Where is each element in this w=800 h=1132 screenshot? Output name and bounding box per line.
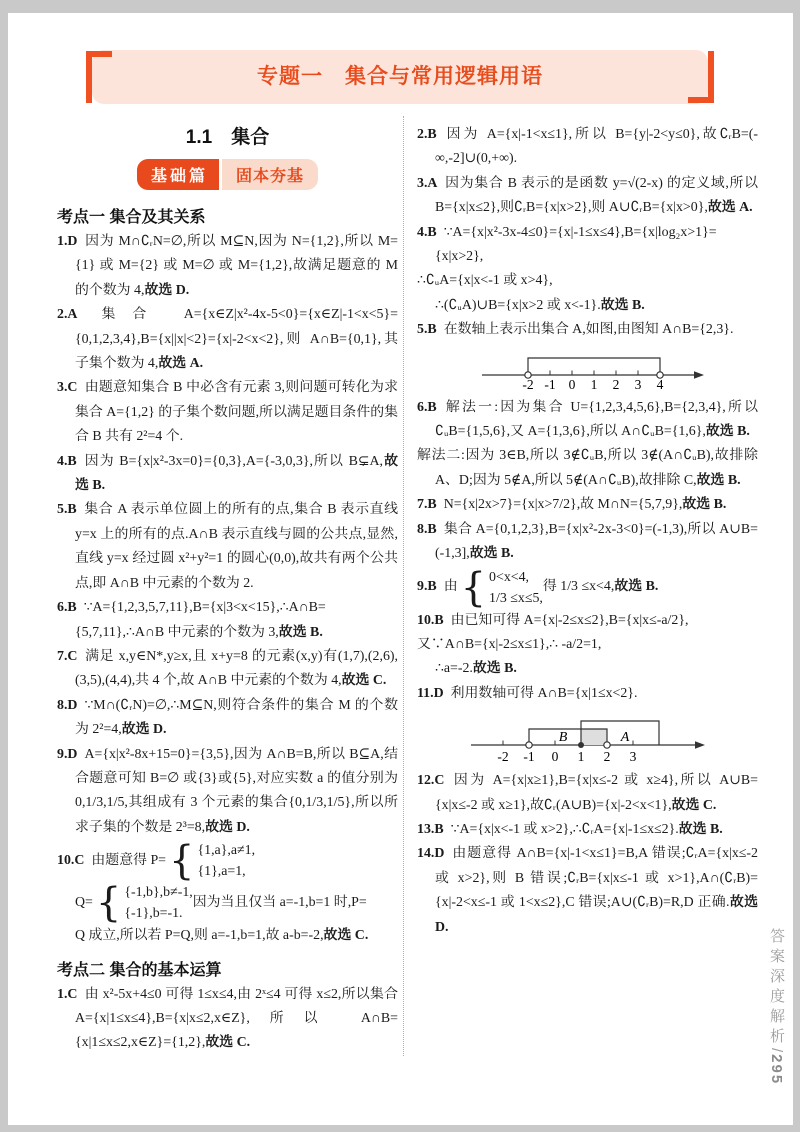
answer-item-r2: 2.B因为 A={x|-1<x≤1},所以 B={y|-2<y≤0},故∁ᵣB=…: [417, 123, 758, 172]
case-row: {-1},b=-1.: [124, 903, 192, 924]
cases-intro: 由: [444, 575, 458, 599]
answer-number: 9.D: [57, 747, 77, 762]
answer-choice: 故选 B.: [697, 473, 741, 488]
answer-number: 10.B: [417, 613, 444, 628]
answer-text: 由题意知集合 B 中必含有元素 3,则问题可转化为求集合 A={1,2} 的子集…: [75, 380, 398, 444]
answer-line: ∴(∁ᵤA)∪B={x|x>2 或 x<-1}.: [435, 298, 601, 313]
answer-number: 7.C: [57, 649, 77, 664]
answer-text: ∵A={x|x²-3x-4≤0}={x|-1≤x≤4},B={x|log₂x>1…: [435, 225, 717, 264]
left-brace-glyph: {: [96, 886, 121, 920]
answer-number: 6.B: [417, 400, 437, 415]
numberline-2-svg: B A -2 -1 0 1 2 3: [463, 709, 713, 765]
answer-line: ∴∁ᵤA={x|x<-1 或 x>4},: [435, 269, 758, 293]
answer-text: 在数轴上表示出集合 A,如图,由图知 A∩B={2,3}.: [444, 322, 734, 337]
answer-number: 8.D: [57, 698, 77, 713]
left-brace-glyph: {: [461, 571, 486, 605]
set-label-b: B: [558, 730, 567, 745]
answer-text: N={x|2x>7}={x|x>7/2},故 M∩N={5,7,9},: [444, 497, 683, 512]
left-column: 1.1 集合 基础篇 固本夯基 考点一 集合及其关系 1.D因为 M∩∁ᵣN=∅…: [57, 116, 398, 1056]
chapter-banner: 专题一 集合与常用逻辑用语: [88, 48, 712, 106]
level-badge: 基础篇 固本夯基: [57, 159, 398, 190]
numberline-diagram-1: -2 -1 0 1 2 3 4: [417, 346, 758, 392]
axis-arrow-icon: [694, 371, 704, 379]
answer-line: ∴a=-2.: [435, 661, 473, 676]
intersection-shading: [581, 729, 607, 745]
answer-number: 9.B: [417, 575, 437, 599]
answer-item-l4: 4.B因为 B={x|x²-3x=0}={0,3},A={-3,0,3},所以 …: [57, 450, 398, 499]
answer-number: 5.B: [57, 502, 77, 517]
answer-choice: 故选 B.: [601, 298, 645, 313]
numberline-diagram-2: B A -2 -1 0 1 2 3: [417, 709, 758, 765]
section-heading-1: 考点一 集合及其关系: [57, 204, 398, 227]
answer-text: 因为 M∩∁ᵣN=∅,所以 M⊆N,因为 N={1,2},所以 M={1} 或 …: [75, 234, 398, 298]
tick-label: 2: [603, 749, 610, 764]
tick-label: 4: [656, 377, 663, 392]
answer-number: 13.B: [417, 822, 444, 837]
tick-label: 0: [568, 377, 575, 392]
answer-item-k2-1: 1.C由 x²-5x+4≤0 可得 1≤x≤4,由 2ˣ≤4 可得 x≤2,所以…: [57, 983, 398, 1056]
answer-text: 利用数轴可得 A∩B={x|1≤x<2}.: [451, 686, 638, 701]
margin-tab-title: 答案深度解析: [768, 928, 785, 1048]
badge-primary-label: 基础篇: [137, 159, 219, 190]
answer-number: 8.B: [417, 522, 437, 537]
answer-number: 2.A: [57, 307, 77, 322]
answer-choice: 故选 B.: [279, 625, 323, 640]
answer-item-r3: 3.A因为集合 B 表示的是函数 y=√(2-x) 的定义域,所以 B={x|x…: [417, 172, 758, 221]
answer-number: 1.C: [57, 987, 77, 1002]
answer-number: 4.B: [417, 225, 437, 240]
answer-item-l9: 9.DA={x|x²-8x+15=0}={3,5},因为 A∩B=B,所以 B⊆…: [57, 743, 398, 841]
answer-item-l8: 8.D∵M∩(∁ᵣN)=∅,∴M⊆N,则符合条件的集合 M 的个数为 2²=4,…: [57, 694, 398, 743]
answer-item-r6: 6.B解法一:因为集合 U={1,2,3,4,5,6},B={2,3,4},所以…: [417, 396, 758, 494]
cases-rows-q: {-1,b},b≠-1, {-1},b=-1.: [124, 882, 192, 924]
answer-number: 5.B: [417, 322, 437, 337]
answer-choice: 故选 D.: [205, 820, 250, 835]
answer-number: 2.B: [417, 127, 437, 142]
answer-choice: 故选 B.: [682, 497, 726, 512]
answer-choice: 故选 C.: [672, 798, 717, 813]
tick-label: 1: [590, 377, 597, 392]
answer-item-r13: 13.B∵A={x|x<-1 或 x>2},∴∁ᵣA={x|-1≤x≤2}.故选…: [417, 818, 758, 842]
tick-label: -2: [497, 749, 508, 764]
answer-item-l6: 6.B∵A={1,2,3,5,7,11},B={x|3<x<15},∴A∩B={…: [57, 596, 398, 645]
tick-label: 3: [629, 749, 636, 764]
answer-item-l1: 1.D因为 M∩∁ᵣN=∅,所以 M⊆N,因为 N={1,2},所以 M={1}…: [57, 230, 398, 303]
answer-text: 集合 A 表示单位圆上的所有的点,集合 B 表示直线 y=x 上的所有的点.A∩…: [75, 502, 398, 590]
answer-item-l7: 7.C满足 x,y∈N*,y≥x,且 x+y=8 的元素(x,y)有(1,7),…: [57, 645, 398, 694]
set-label-a: A: [619, 730, 629, 745]
answer-item-r7: 7.BN={x|2x>7}={x|x>7/2},故 M∩N={5,7,9},故选…: [417, 493, 758, 517]
answer-item-r5: 5.B在数轴上表示出集合 A,如图,由图知 A∩B={2,3}.: [417, 318, 758, 342]
answer-choice: 故选 B.: [706, 424, 750, 439]
answer-item-r14: 14.D由题意得 A∩B={x|-1<x≤1}=B,A 错误;∁ᵣA={x|x≤…: [417, 842, 758, 940]
page-number: 295: [768, 1054, 785, 1085]
section-heading-2: 考点二 集合的基本运算: [57, 957, 398, 980]
page-edge-right: [793, 0, 800, 1132]
answer-number: 10.C: [57, 849, 84, 873]
answer-text: 因为 B={x|x²-3x=0}={0,3},A={-3,0,3},所以 B⊊A…: [84, 454, 383, 469]
cases-rows-p: {1,a},a≠1, {1},a=1,: [197, 840, 255, 882]
answer-item-l10: 10.C 由题意得 P= { {1,a},a≠1, {1},a=1, Q= { …: [57, 840, 398, 948]
answer-number: 11.D: [417, 686, 444, 701]
case-row: {1,a},a≠1,: [197, 840, 255, 861]
answer-number: 3.C: [57, 380, 77, 395]
answer-item-r11: 11.D利用数轴可得 A∩B={x|1≤x<2}.: [417, 682, 758, 706]
open-endpoint: [603, 742, 609, 748]
answer-number: 12.C: [417, 773, 444, 788]
answer-text: 集合 A={x∈Z|x²-4x-5<0}={x∈Z|-1<x<5}={0,1,2…: [75, 307, 398, 371]
left-brace-glyph: {: [169, 844, 194, 878]
tick-label: -1: [523, 749, 534, 764]
answer-number: 6.B: [57, 600, 77, 615]
answer-item-r8: 8.B集合 A={0,1,2,3},B={x|x²-2x-3<0}=(-1,3)…: [417, 518, 758, 567]
answer-number: 3.A: [417, 176, 437, 191]
open-endpoint: [525, 742, 531, 748]
answer-choice: 故选 B.: [473, 661, 517, 676]
cases-intro: Q=: [75, 891, 93, 915]
answer-item-r10: 10.B由已知可得 A={x|-2≤x≤2},B={x|x≤-a/2},又∵A∩…: [417, 609, 758, 682]
answer-tail: Q 成立,所以若 P=Q,则 a=-1,b=1,故 a-b=-2,故选 C.: [75, 924, 398, 948]
answer-text: ∵A={x|x<-1 或 x>2},∴∁ᵣA={x|-1≤x≤2}.: [451, 822, 679, 837]
answer-choice: 故选 D.: [144, 283, 189, 298]
case-row: 0<x<4,: [489, 567, 543, 588]
answer-choice: 故选 A.: [158, 356, 203, 371]
cases-after: 得 1/3 ≤x<4,: [543, 575, 614, 599]
tick-label: 3: [634, 377, 641, 392]
answer-choice: 故选 A.: [708, 200, 753, 215]
chapter-title: 专题一 集合与常用逻辑用语: [88, 48, 712, 106]
answer-item-l5: 5.B集合 A 表示单位圆上的所有的点,集合 B 表示直线 y=x 上的所有的点…: [57, 498, 398, 596]
answer-choice: 故选 B.: [470, 546, 514, 561]
cases-after: 因为当且仅当 a=-1,b=1 时,P=: [193, 891, 367, 915]
cases-line-p: 10.C 由题意得 P= { {1,a},a≠1, {1},a=1,: [57, 840, 398, 882]
tick-label: 1: [577, 749, 584, 764]
answer-text: 由题意得 A∩B={x|-1<x≤1}=B,A 错误;∁ᵣA={x|x≤-2 或…: [435, 846, 758, 910]
answer-choice: 故选 B.: [679, 822, 723, 837]
right-column: 2.B因为 A={x|-1<x≤1},所以 B={y|-2<y≤0},故∁ᵣB=…: [403, 116, 758, 1056]
cases-line-q: Q= { {-1,b},b≠-1, {-1},b=-1. 因为当且仅当 a=-1…: [75, 882, 398, 924]
margin-tab: 答案深度解析/295: [766, 928, 787, 1085]
cases-intro: 由题意得 P=: [91, 849, 166, 873]
page-edge-top: [0, 0, 800, 13]
answer-choice: 故选 C.: [342, 673, 387, 688]
answer-choice: 故选 C.: [324, 928, 369, 943]
page-edge-left: [0, 0, 8, 1132]
badge-secondary-label: 固本夯基: [222, 159, 318, 190]
cases-line: 9.B 由 { 0<x<4, 1/3 ≤x≤5, 得 1/3 ≤x<4, 故选 …: [417, 567, 758, 609]
answer-number: 4.B: [57, 454, 77, 469]
closed-endpoint: [578, 742, 584, 748]
answer-item-l2: 2.A集合 A={x∈Z|x²-4x-5<0}={x∈Z|-1<x<5}={0,…: [57, 303, 398, 376]
cases-rows: 0<x<4, 1/3 ≤x≤5,: [489, 567, 543, 609]
answer-choice: 故选 B.: [614, 575, 658, 599]
tick-label: 0: [551, 749, 558, 764]
case-row: 1/3 ≤x≤5,: [489, 588, 543, 609]
tick-label: -2: [522, 377, 533, 392]
case-row: {-1,b},b≠-1,: [124, 882, 192, 903]
case-row: {1},a=1,: [197, 861, 255, 882]
answer-number: 1.D: [57, 234, 77, 249]
answer-item-r9: 9.B 由 { 0<x<4, 1/3 ≤x≤5, 得 1/3 ≤x<4, 故选 …: [417, 567, 758, 609]
lesson-title: 1.1 集合: [57, 122, 398, 149]
axis-arrow-icon: [695, 741, 705, 749]
answer-choice: 故选 D.: [122, 722, 167, 737]
page-edge-bottom: [0, 1125, 800, 1132]
answer-number: 7.B: [417, 497, 437, 512]
answer-item-r4: 4.B∵A={x|x²-3x-4≤0}={x|-1≤x≤4},B={x|log₂…: [417, 221, 758, 319]
answer-text: 因为 A={x|-1<x≤1},所以 B={y|-2<y≤0},故∁ᵣB=(-∞…: [435, 127, 758, 166]
answer-item-l3: 3.C由题意知集合 B 中必含有元素 3,则问题可转化为求集合 A={1,2} …: [57, 376, 398, 449]
solution-2-text: 解法二:因为 3∈B,所以 3∉∁ᵤB,所以 3∉(A∩∁ᵤB),故排除 A、D…: [435, 444, 758, 493]
answer-item-r12: 12.C因为 A={x|x≥1},B={x|x≤-2 或 x≥4},所以 A∪B…: [417, 769, 758, 818]
numberline-1-svg: -2 -1 0 1 2 3 4: [468, 346, 708, 392]
answer-choice: 故选 C.: [205, 1035, 250, 1050]
answer-number: 14.D: [417, 846, 444, 861]
page-content: 1.1 集合 基础篇 固本夯基 考点一 集合及其关系 1.D因为 M∩∁ᵣN=∅…: [57, 116, 759, 1056]
answer-line: 又∵A∩B={x|-2≤x≤1},∴ -a/2=1,: [435, 633, 758, 657]
answer-text: 由已知可得 A={x|-2≤x≤2},B={x|x≤-a/2},: [451, 613, 689, 628]
tick-label: 2: [612, 377, 619, 392]
tick-label: -1: [544, 377, 555, 392]
